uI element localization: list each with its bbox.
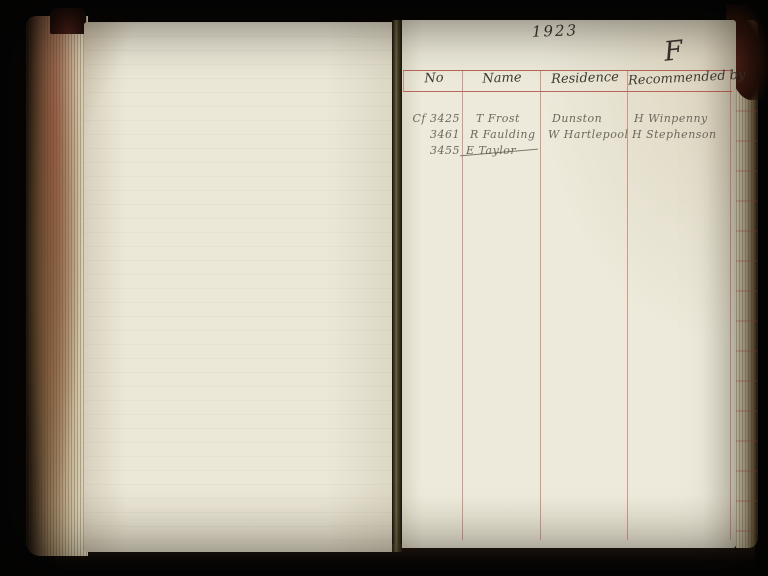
entry-residence: W Hartlepool [548, 128, 628, 141]
entry-no: 3455 [404, 144, 460, 157]
entry-name: T Frost [476, 112, 520, 125]
right-ledger-page: 1923 F No Name Residence Recommended by … [402, 20, 736, 548]
entry-name: R Faulding [470, 128, 536, 141]
table-rule-right [730, 70, 731, 540]
column-header-recommended: Recommended by [628, 68, 731, 88]
spine-headband [50, 8, 86, 34]
left-blank-page [84, 22, 392, 552]
table-rule-header-bottom [403, 91, 732, 92]
left-page-edge-stack [26, 16, 88, 556]
entry-no: Cf 3425 [404, 112, 460, 125]
ledger-photograph: 1923 F No Name Residence Recommended by … [0, 0, 768, 576]
column-header-no: No [406, 70, 462, 87]
table-rule-col2 [540, 70, 541, 540]
entry-recommended: H Stephenson [632, 128, 717, 141]
index-letter: F [662, 35, 684, 68]
column-header-name: Name [466, 70, 538, 88]
book-gutter [392, 20, 402, 552]
table-rule-left [403, 70, 404, 91]
entry-no: 3461 [404, 128, 460, 141]
year-heading: 1923 [520, 21, 591, 41]
entry-residence: Dunston [552, 112, 602, 125]
table-rule-col1 [462, 70, 463, 540]
column-header-residence: Residence [544, 70, 626, 88]
entry-recommended: H Winpenny [634, 112, 708, 125]
